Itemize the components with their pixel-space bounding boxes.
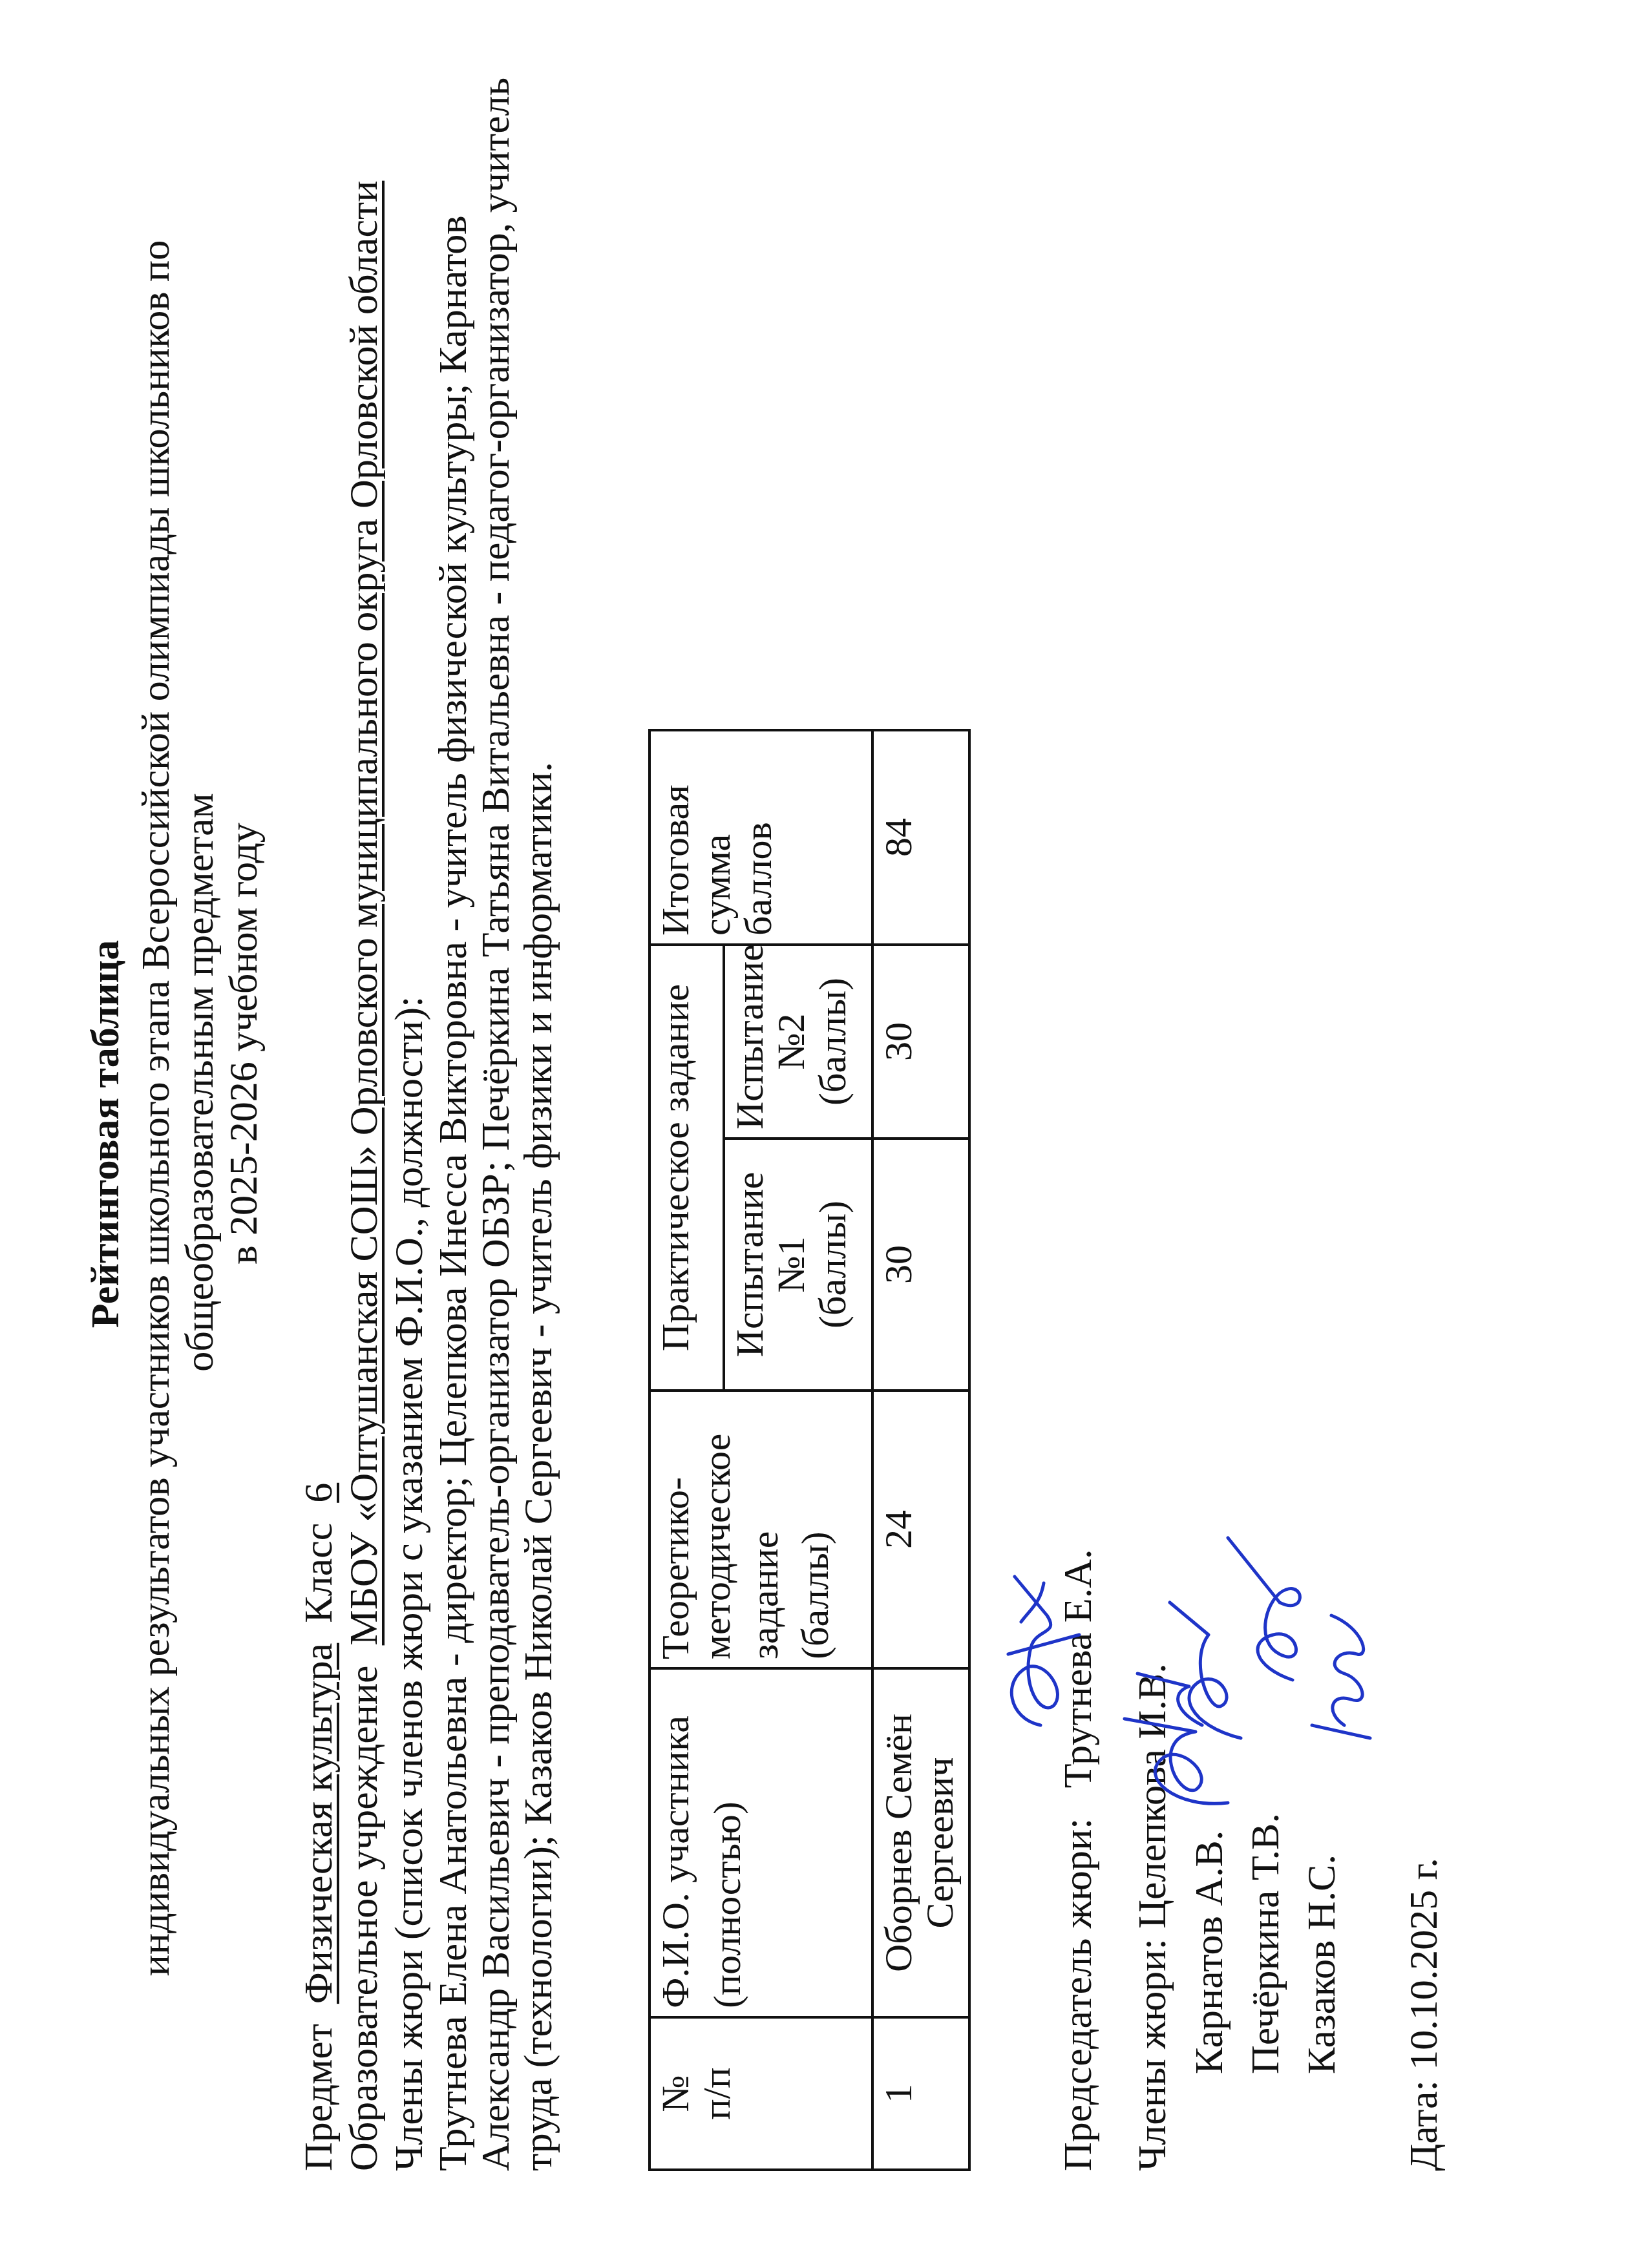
header-cell-num: № п/п	[650, 2017, 872, 2170]
document-date: Дата: 10.10.2025 г.	[1402, 1858, 1445, 2171]
rating-table: № п/п Ф.И.О. участника (полностью) Теоре…	[648, 729, 971, 2171]
class-label: Класс	[297, 1523, 341, 1623]
member-name-3: Печёркина Т.В.	[1244, 1813, 1287, 2074]
table-header-row-1: № п/п Ф.И.О. участника (полностью) Теоре…	[650, 730, 724, 2170]
table-row: 1 Оборнев Семён Сергеевич 24 30 30 84	[872, 730, 969, 2170]
cell-num: 1	[872, 2017, 969, 2170]
class-value: 6	[297, 1483, 341, 1503]
cell-test2: 30	[872, 945, 969, 1139]
signature-member-4-icon	[1299, 1609, 1396, 1751]
jury-list: Трутнева Елена Анатольевна - директор; Ц…	[432, 65, 560, 2171]
document-subtitle-line-1: индивидуальных результатов участников шк…	[134, 0, 177, 2268]
document-title: Рейтинговая таблица	[84, 0, 127, 2268]
member-name-2: Карнатов А.В.	[1188, 1831, 1231, 2074]
cell-total: 84	[872, 730, 969, 945]
chair-label: Председатель жюри:	[1056, 1818, 1100, 2171]
subject-label: Предмет	[297, 2024, 341, 2171]
member-name-4: Казаков Н.С.	[1300, 1854, 1343, 2074]
signature-chair-icon	[1002, 1564, 1092, 1732]
document-subtitle-line-2: общеобразовательным предметам	[178, 0, 221, 2268]
cell-test1: 30	[872, 1139, 969, 1391]
jury-label: Члены жюри (список членов жюри с указани…	[388, 996, 430, 2171]
school-label: Образовательное учреждение	[342, 1665, 386, 2171]
document-subtitle-line-3: в 2025-2026 учебном году	[222, 0, 265, 2268]
cell-theory: 24	[872, 1391, 969, 1668]
cell-name: Оборнев Семён Сергеевич	[872, 1668, 969, 2017]
subject-value: Физическая культура	[297, 1643, 341, 2004]
school-value: МБОУ «Оптушанская СОШ» Орловского муници…	[342, 181, 386, 1646]
school-line: Образовательное учреждение МБОУ «Оптушан…	[343, 181, 385, 2171]
header-cell-test1: Испытание №1 (баллы)	[724, 1139, 872, 1391]
document-page: Рейтинговая таблица индивидуальных резул…	[0, 0, 1648, 2268]
header-cell-test2: Испытание №2 (баллы)	[724, 945, 872, 1139]
subject-line: Предмет Физическая культура Класс 6	[297, 1483, 340, 2171]
header-cell-theory: Теоретико- методическое задание (баллы)	[650, 1391, 872, 1668]
header-cell-practice: Практическое задание	[650, 945, 724, 1391]
header-cell-name: Ф.И.О. участника (полностью)	[650, 1668, 872, 2017]
header-cell-total: Итоговая сумма баллов	[650, 730, 872, 945]
members-label: Члены жюри:	[1130, 1938, 1174, 2171]
